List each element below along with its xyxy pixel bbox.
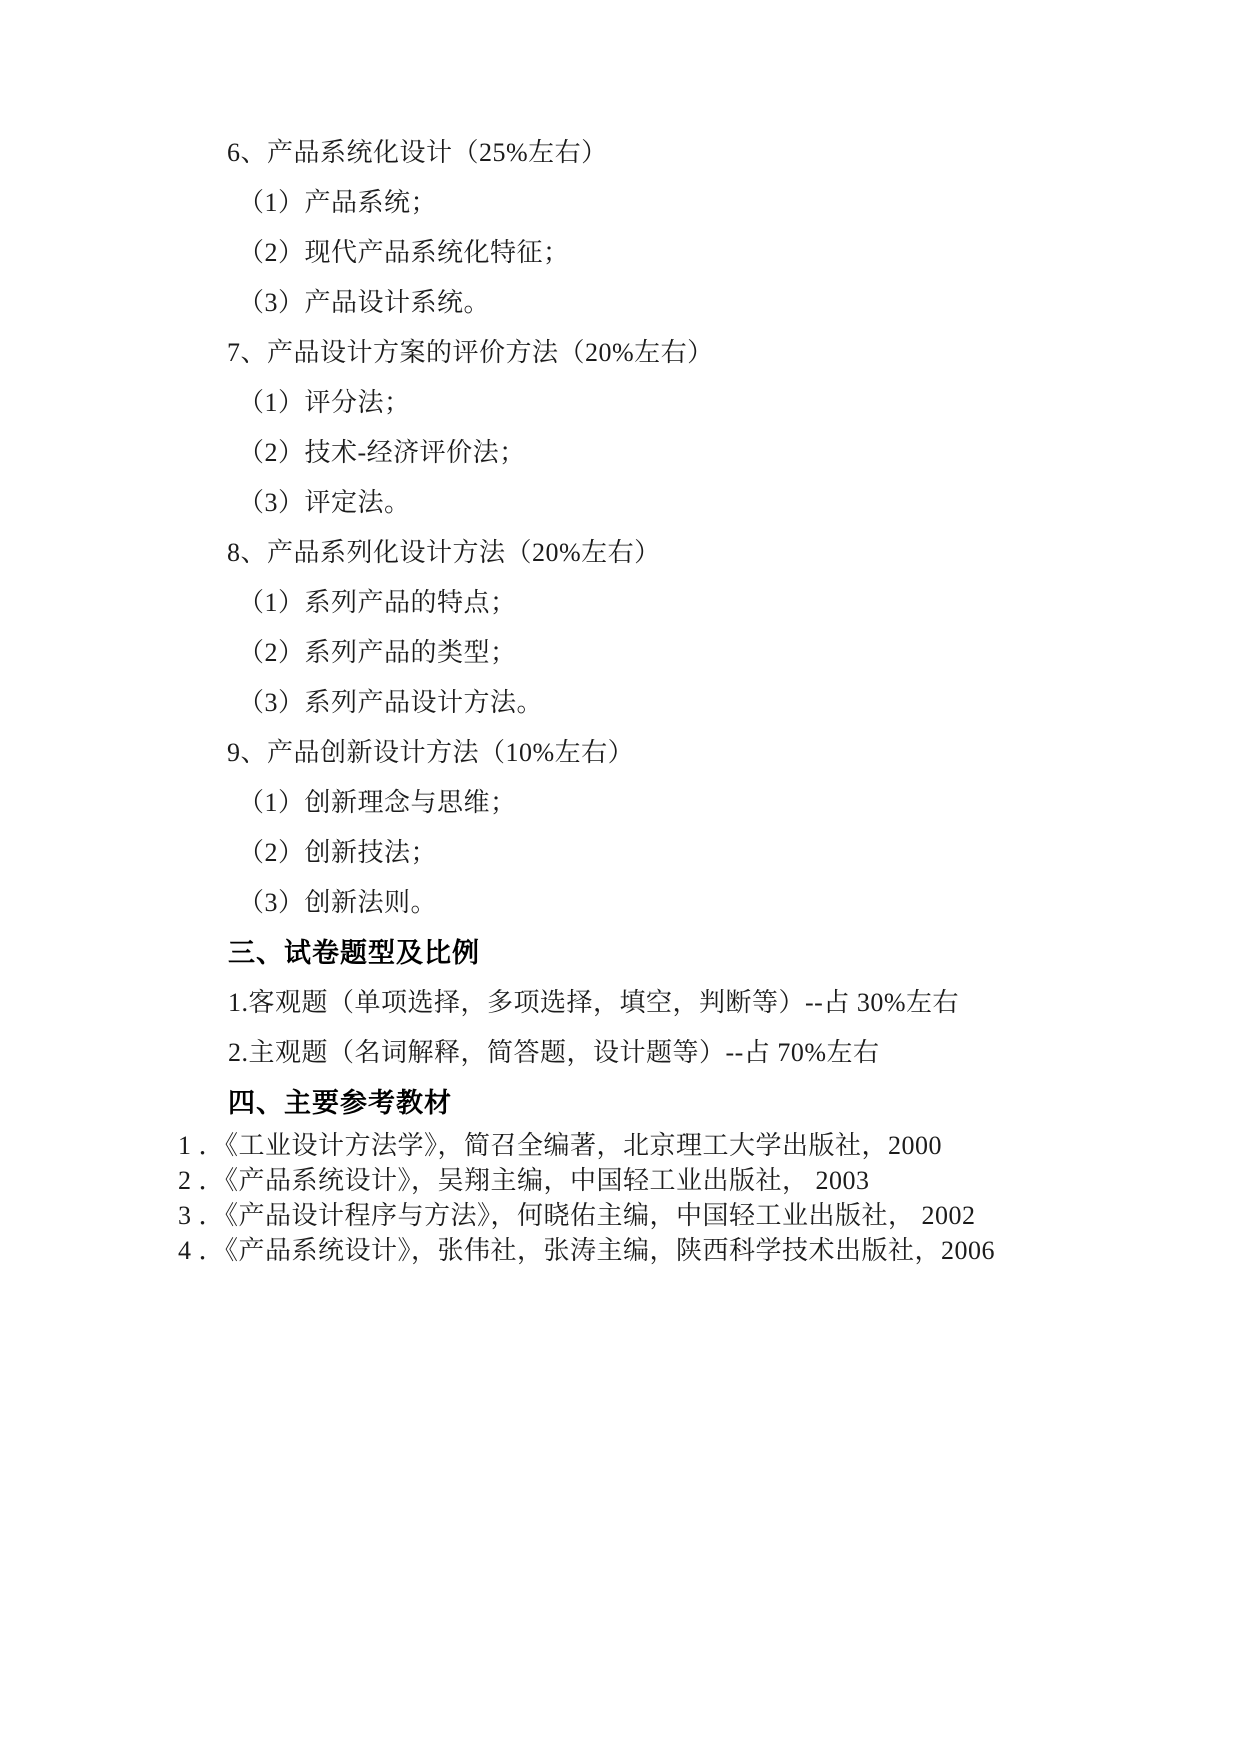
section-heading: 三、试卷题型及比例 — [228, 928, 1131, 978]
numbered-line: 2.主观题（名词解释，简答题，设计题等）--占 70%左右 — [228, 1028, 1131, 1078]
reference-item: 3 ．《产品设计程序与方法》，何晓佑主编，中国轻工业出版社， 2002 — [178, 1198, 1131, 1233]
outline-subitem: （3）创新法则。 — [238, 878, 1131, 928]
reference-item: 2 ．《产品系统设计》，吴翔主编，中国轻工业出版社， 2003 — [178, 1163, 1131, 1198]
outline-item: 8、产品系列化设计方法（20%左右） — [227, 528, 1131, 578]
numbered-line: 1.客观题（单项选择，多项选择，填空，判断等）--占 30%左右 — [228, 978, 1131, 1028]
outline-subitem: （1）产品系统； — [238, 178, 1131, 228]
outline-subitem: （1）评分法； — [238, 378, 1131, 428]
outline-subitem: （2）创新技法； — [238, 828, 1131, 878]
outline-subitem: （3）评定法。 — [238, 478, 1131, 528]
reference-item: 1 ．《工业设计方法学》，简召全编著，北京理工大学出版社，2000 — [178, 1128, 1131, 1163]
document-body: 6、产品系统化设计（25%左右）（1）产品系统；（2）现代产品系统化特征；（3）… — [178, 128, 1131, 1268]
outline-subitem: （1）创新理念与思维； — [238, 778, 1131, 828]
outline-item: 6、产品系统化设计（25%左右） — [227, 128, 1131, 178]
outline-subitem: （2）系列产品的类型； — [238, 628, 1131, 678]
outline-item: 9、产品创新设计方法（10%左右） — [227, 728, 1131, 778]
outline-subitem: （2）现代产品系统化特征； — [238, 228, 1131, 278]
outline-item: 7、产品设计方案的评价方法（20%左右） — [227, 328, 1131, 378]
outline-subitem: （2）技术-经济评价法； — [238, 428, 1131, 478]
outline-subitem: （3）产品设计系统。 — [238, 278, 1131, 328]
section-heading: 四、主要参考教材 — [228, 1078, 1131, 1128]
outline-subitem: （3）系列产品设计方法。 — [238, 678, 1131, 728]
document-page: 6、产品系统化设计（25%左右）（1）产品系统；（2）现代产品系统化特征；（3）… — [0, 0, 1241, 1754]
outline-subitem: （1）系列产品的特点； — [238, 578, 1131, 628]
reference-item: 4 ．《产品系统设计》，张伟社，张涛主编，陕西科学技术出版社，2006 — [178, 1233, 1131, 1268]
